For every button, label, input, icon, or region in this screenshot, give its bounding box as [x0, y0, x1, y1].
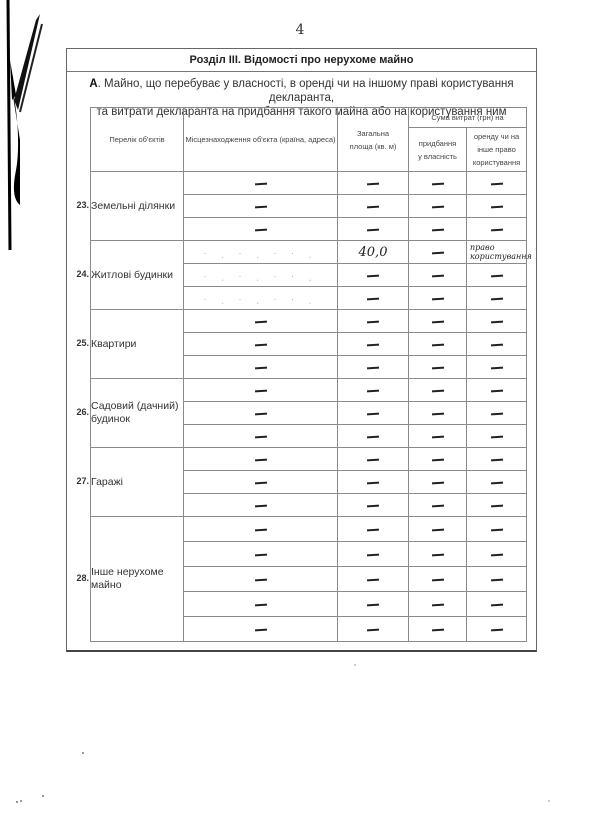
- cell-location: [184, 379, 338, 402]
- cell-area: [338, 333, 409, 356]
- header-purchase: придбання у власність: [409, 128, 467, 172]
- row-number: 23.: [66, 200, 89, 210]
- handwritten-value: 40,0: [359, 245, 388, 260]
- cell-area: [338, 617, 409, 642]
- dash-mark: [431, 229, 443, 231]
- cell-purchase: [409, 425, 467, 448]
- cell-location: [184, 617, 338, 642]
- cell-purchase: [409, 333, 467, 356]
- cell-rent: [467, 617, 527, 642]
- cell-area: 40,0: [338, 241, 409, 264]
- cell-purchase: [409, 264, 467, 287]
- dash-mark: [431, 298, 443, 300]
- dash-mark: [367, 390, 379, 392]
- dash-mark: [254, 206, 266, 208]
- dash-mark: [490, 505, 502, 507]
- dash-mark: [490, 390, 502, 392]
- dash-mark: [367, 579, 379, 581]
- cell-purchase: [409, 592, 467, 617]
- dash-mark: [490, 604, 502, 606]
- section-box: Розділ III. Відомості про нерухоме майно…: [66, 48, 537, 652]
- cell-location: [184, 356, 338, 379]
- row-number: 27.: [66, 476, 89, 486]
- cell-area: [338, 542, 409, 567]
- cell-area: [338, 218, 409, 241]
- dash-mark: [254, 183, 266, 185]
- cell-purchase: [409, 195, 467, 218]
- cell-purchase: [409, 448, 467, 471]
- dash-mark: [431, 413, 443, 415]
- cell-location: [184, 517, 338, 542]
- dash-mark: [367, 183, 379, 185]
- cell-rent: [467, 172, 527, 195]
- table-row: Житлові будинки· ˏ · ˏ · · ˏ40,0право ко…: [91, 241, 527, 264]
- cell-area: [338, 425, 409, 448]
- cell-rent: [467, 448, 527, 471]
- cell-rent: [467, 517, 527, 542]
- cell-purchase: [409, 402, 467, 425]
- subsection-letter: А: [89, 78, 97, 90]
- cell-location: · ˏ · ˏ · · ˏ: [184, 264, 338, 287]
- cell-area: [338, 402, 409, 425]
- category-label: Гаражі: [91, 448, 184, 517]
- cell-rent: [467, 195, 527, 218]
- cell-purchase: [409, 241, 467, 264]
- cell-rent: [467, 425, 527, 448]
- cell-purchase: [409, 287, 467, 310]
- dash-mark: [254, 367, 266, 369]
- cell-area: [338, 592, 409, 617]
- table-row: Гаражі: [91, 448, 527, 471]
- cell-purchase: [409, 172, 467, 195]
- dash-mark: [431, 183, 443, 185]
- cell-purchase: [409, 494, 467, 517]
- cell-area: [338, 448, 409, 471]
- cell-area: [338, 471, 409, 494]
- dash-mark: [367, 505, 379, 507]
- dash-mark: [367, 554, 379, 556]
- dash-mark: [431, 579, 443, 581]
- cell-purchase: [409, 567, 467, 592]
- dash-mark: [431, 367, 443, 369]
- row-number: 24.: [66, 269, 89, 279]
- cell-rent: [467, 402, 527, 425]
- row-number: 26.: [66, 407, 89, 417]
- cell-area: [338, 195, 409, 218]
- cell-rent: [467, 287, 527, 310]
- cell-area: [338, 264, 409, 287]
- dash-mark: [490, 554, 502, 556]
- dash-mark: [490, 275, 502, 277]
- dash-mark: [490, 529, 502, 531]
- dash-mark: [367, 275, 379, 277]
- cell-area: [338, 172, 409, 195]
- dash-mark: [367, 344, 379, 346]
- dash-mark: [490, 321, 502, 323]
- dash-mark: [490, 482, 502, 484]
- dash-mark: [431, 252, 443, 254]
- dash-mark: [490, 436, 502, 438]
- cell-purchase: [409, 471, 467, 494]
- redacted-text: · ˏ · ˏ · · ˏ: [204, 294, 318, 304]
- cell-location: [184, 494, 338, 517]
- header-area: Загальна площа (кв. м): [338, 108, 409, 172]
- cell-location: [184, 542, 338, 567]
- dash-mark: [254, 321, 266, 323]
- cell-rent: [467, 542, 527, 567]
- dash-mark: [490, 206, 502, 208]
- dash-mark: [490, 413, 502, 415]
- cell-area: [338, 379, 409, 402]
- table-row: Інше нерухоме майно: [91, 517, 527, 542]
- category-label: Житлові будинки: [91, 241, 184, 310]
- dash-mark: [431, 344, 443, 346]
- dash-mark: [254, 413, 266, 415]
- dash-mark: [367, 367, 379, 369]
- dash-mark: [254, 482, 266, 484]
- cell-purchase: [409, 542, 467, 567]
- dash-mark: [254, 436, 266, 438]
- row-number: 25.: [66, 338, 89, 348]
- dash-mark: [431, 321, 443, 323]
- dash-mark: [431, 629, 443, 631]
- category-label: Садовий (дачний) будинок: [91, 379, 184, 448]
- dash-mark: [431, 275, 443, 277]
- cell-area: [338, 494, 409, 517]
- cell-purchase: [409, 218, 467, 241]
- dash-mark: [254, 579, 266, 581]
- dash-mark: [367, 436, 379, 438]
- cell-location: [184, 333, 338, 356]
- cell-purchase: [409, 517, 467, 542]
- cell-location: [184, 448, 338, 471]
- table-body: Земельні ділянкиЖитлові будинки· ˏ · ˏ ·…: [91, 172, 527, 642]
- cell-location: · ˏ · ˏ · · ˏ: [184, 241, 338, 264]
- dash-mark: [254, 459, 266, 461]
- dash-mark: [254, 344, 266, 346]
- dash-mark: [431, 482, 443, 484]
- scan-speck: [82, 752, 84, 754]
- redacted-text: · ˏ · ˏ · · ˏ: [204, 271, 318, 281]
- dash-mark: [490, 629, 502, 631]
- cell-rent: [467, 494, 527, 517]
- cell-location: [184, 471, 338, 494]
- dash-mark: [367, 206, 379, 208]
- cell-location: [184, 567, 338, 592]
- cell-rent: право користування: [467, 241, 527, 264]
- cell-location: [184, 310, 338, 333]
- cell-area: [338, 310, 409, 333]
- dash-mark: [490, 298, 502, 300]
- dash-mark: [431, 459, 443, 461]
- dash-mark: [431, 436, 443, 438]
- dash-mark: [431, 529, 443, 531]
- header-expenses: Сума витрат (грн) на: [409, 108, 527, 128]
- scan-speck: [354, 664, 356, 666]
- dash-mark: [367, 604, 379, 606]
- table-row: Земельні ділянки: [91, 172, 527, 195]
- scan-speck: [42, 795, 44, 797]
- cell-rent: [467, 471, 527, 494]
- dash-mark: [490, 367, 502, 369]
- scan-speck: [548, 800, 550, 802]
- section-title: Розділ III. Відомості про нерухоме майно: [67, 49, 536, 72]
- dash-mark: [367, 229, 379, 231]
- scan-speck: [20, 800, 22, 802]
- dash-mark: [254, 229, 266, 231]
- cell-area: [338, 356, 409, 379]
- dash-mark: [431, 505, 443, 507]
- cell-purchase: [409, 379, 467, 402]
- dash-mark: [367, 482, 379, 484]
- dash-mark: [254, 390, 266, 392]
- dash-mark: [431, 390, 443, 392]
- category-label: Квартири: [91, 310, 184, 379]
- row-number: 28.: [66, 573, 89, 583]
- dash-mark: [490, 459, 502, 461]
- cell-area: [338, 517, 409, 542]
- cell-rent: [467, 264, 527, 287]
- dash-mark: [367, 321, 379, 323]
- cell-rent: [467, 310, 527, 333]
- cell-rent: [467, 567, 527, 592]
- dash-mark: [431, 604, 443, 606]
- dash-mark: [254, 529, 266, 531]
- cell-rent: [467, 333, 527, 356]
- dash-mark: [367, 413, 379, 415]
- cell-purchase: [409, 310, 467, 333]
- cell-area: [338, 567, 409, 592]
- category-label: Земельні ділянки: [91, 172, 184, 241]
- cell-location: [184, 402, 338, 425]
- dash-mark: [490, 579, 502, 581]
- dash-mark: [490, 344, 502, 346]
- dash-mark: [431, 206, 443, 208]
- cell-purchase: [409, 617, 467, 642]
- dash-mark: [490, 183, 502, 185]
- cell-location: [184, 425, 338, 448]
- real-estate-table: Перелік об'єктів Місцезнаходження об'єкт…: [90, 107, 527, 642]
- dash-mark: [254, 629, 266, 631]
- table-row: Квартири: [91, 310, 527, 333]
- dash-mark: [254, 604, 266, 606]
- handwritten-value: право користування: [467, 243, 526, 261]
- cell-location: [184, 172, 338, 195]
- dash-mark: [431, 554, 443, 556]
- cell-area: [338, 287, 409, 310]
- redacted-text: · ˏ · ˏ · · ˏ: [204, 248, 318, 258]
- dash-mark: [367, 529, 379, 531]
- dash-mark: [367, 298, 379, 300]
- dash-mark: [254, 554, 266, 556]
- subsection-line-1: . Майно, що перебуває у власності, в оре…: [98, 78, 514, 104]
- header-rent: оренду чи на інше право користування: [467, 128, 527, 172]
- cell-location: [184, 195, 338, 218]
- dash-mark: [367, 629, 379, 631]
- header-objects: Перелік об'єктів: [91, 108, 184, 172]
- cell-purchase: [409, 356, 467, 379]
- dash-mark: [490, 229, 502, 231]
- cell-location: [184, 592, 338, 617]
- page-number: 4: [0, 22, 600, 38]
- cell-rent: [467, 379, 527, 402]
- cell-location: [184, 218, 338, 241]
- header-location: Місцезнаходження об'єкта (країна, адреса…: [184, 108, 338, 172]
- table-row: Садовий (дачний) будинок: [91, 379, 527, 402]
- dash-mark: [254, 505, 266, 507]
- dash-mark: [367, 459, 379, 461]
- cell-location: · ˏ · ˏ · · ˏ: [184, 287, 338, 310]
- cell-rent: [467, 356, 527, 379]
- cell-rent: [467, 218, 527, 241]
- scan-speck: [16, 801, 18, 803]
- category-label: Інше нерухоме майно: [91, 517, 184, 642]
- cell-rent: [467, 592, 527, 617]
